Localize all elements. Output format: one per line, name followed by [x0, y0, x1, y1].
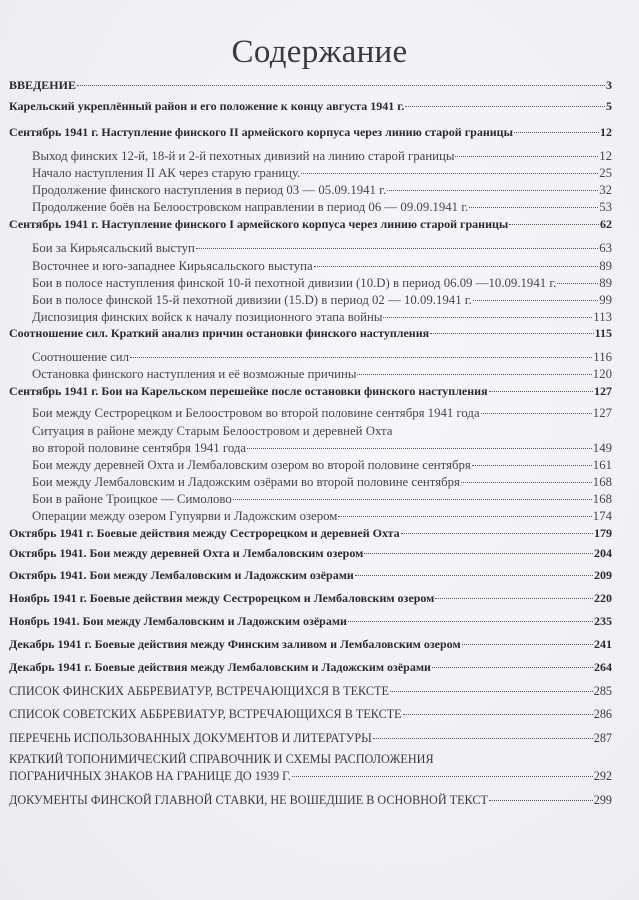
toc-entry[interactable]: Бои в полосе финской 15-й пехотной дивиз…	[32, 293, 612, 308]
toc-entry[interactable]: Начало наступления II АК через старую гр…	[32, 166, 612, 181]
dot-leader	[557, 283, 598, 284]
toc-entry-label: Октябрь 1941. Бои между деревней Охта и …	[9, 546, 363, 561]
toc-page-number: 116	[593, 350, 612, 365]
toc-page-number: 115	[595, 326, 612, 341]
toc-page-number: 89	[599, 259, 612, 274]
toc-entry-label: Сентябрь 1941 г. Бои на Карельском переш…	[9, 384, 488, 399]
toc-entry-label: Бои в районе Троицкое — Симолово	[32, 492, 232, 507]
toc-page-number: 285	[594, 684, 612, 699]
toc-entry-label: СПИСОК СОВЕТСКИХ АББРЕВИАТУР, ВСТРЕЧАЮЩИ…	[9, 707, 402, 722]
toc-entry-label: Октябрь 1941 г. Боевые действия между Се…	[9, 526, 400, 541]
dot-leader	[462, 644, 593, 645]
toc-entry-label: Продолжение боёв на Белоостровском напра…	[32, 200, 468, 215]
toc-entry-label: Ноябрь 1941 г. Боевые действия между Сес…	[9, 591, 434, 606]
toc-page-number: 220	[594, 591, 612, 606]
toc-entry-label: Карельский укреплённый район и его полож…	[9, 99, 404, 114]
toc-page-number: 149	[593, 441, 612, 456]
dot-leader	[348, 621, 593, 622]
toc-entry-label: Декабрь 1941 г. Боевые действия между Фи…	[9, 637, 461, 652]
toc-entry[interactable]: Операции между озером Гупуярви и Ладожск…	[32, 509, 612, 524]
dot-leader	[357, 374, 591, 375]
dot-leader	[472, 465, 592, 466]
toc-entry-label: Операции между озером Гупуярви и Ладожск…	[32, 509, 337, 524]
toc-entry[interactable]: Декабрь 1941 г. Боевые действия между Ле…	[9, 660, 612, 675]
toc-entry[interactable]: Продолжение финского наступления в перио…	[32, 183, 612, 198]
dot-leader	[338, 516, 591, 517]
toc-page-number: 235	[594, 614, 612, 629]
toc-entry-label: ДОКУМЕНТЫ ФИНСКОЙ ГЛАВНОЙ СТАВКИ, НЕ ВОШ…	[9, 793, 488, 808]
dot-leader	[435, 598, 593, 599]
toc-page-number: 161	[593, 458, 612, 473]
dot-leader	[77, 85, 605, 86]
toc-entry-label-line1: КРАТКИЙ ТОПОНИМИЧЕСКИЙ СПРАВОЧНИК И СХЕМ…	[9, 752, 434, 767]
toc-entry[interactable]: Сентябрь 1941 г. Бои на Карельском переш…	[9, 384, 612, 399]
toc-page-number: 168	[593, 492, 612, 507]
dot-leader	[364, 553, 593, 554]
toc-entry-label: Декабрь 1941 г. Боевые действия между Ле…	[9, 660, 431, 675]
toc-entry-label: СПИСОК ФИНСКИХ АББРЕВИАТУР, ВСТРЕЧАЮЩИХС…	[9, 684, 389, 699]
toc-entry[interactable]: Бои между деревней Охта и Лембаловским о…	[32, 458, 612, 473]
toc-entry-label: Октябрь 1941. Бои между Лембаловским и Л…	[9, 568, 354, 583]
toc-entry[interactable]: Бои между Сестрорецком и Белоостровом во…	[32, 406, 612, 421]
toc-entry[interactable]: СПИСОК ФИНСКИХ АББРЕВИАТУР, ВСТРЕЧАЮЩИХС…	[9, 684, 612, 699]
toc-page-number: 286	[594, 707, 612, 722]
toc-entry[interactable]: Бои в полосе наступления финской 10-й пе…	[32, 276, 612, 291]
toc-entry-label: Ноябрь 1941. Бои между Лембаловским и Ла…	[9, 614, 347, 629]
toc-page-number: 174	[593, 509, 612, 524]
toc-page-number: 113	[593, 310, 612, 325]
toc-entry[interactable]: Ноябрь 1941 г. Боевые действия между Сес…	[9, 591, 612, 606]
toc-entry-label: Сентябрь 1941 г. Наступление финского I …	[9, 217, 508, 232]
dot-leader	[292, 776, 593, 777]
dot-leader	[473, 300, 598, 301]
toc-entry-label: Бои в полосе финской 15-й пехотной дивиз…	[32, 293, 472, 308]
dot-leader	[383, 317, 592, 318]
toc-entry-label: Продолжение финского наступления в перио…	[32, 183, 386, 198]
dot-leader	[247, 448, 592, 449]
toc-page-number: 241	[594, 637, 612, 652]
toc-entry[interactable]: Соотношение сил116	[32, 350, 612, 365]
toc-page-number: 25	[599, 166, 612, 181]
toc-entry[interactable]: Восточнее и юго-западнее Кирьясальского …	[32, 259, 612, 274]
dot-leader	[430, 333, 594, 334]
toc-entry[interactable]: ПОГРАНИЧНЫХ ЗНАКОВ НА ГРАНИЦЕ ДО 1939 Г.…	[9, 769, 612, 784]
dot-leader	[130, 357, 592, 358]
dot-leader	[489, 391, 593, 392]
toc-page-number: 5	[606, 99, 612, 114]
dot-leader	[196, 248, 598, 249]
dot-leader	[373, 738, 593, 739]
dot-leader	[469, 207, 598, 208]
toc-page-number: 12	[600, 125, 612, 140]
toc-entry[interactable]: СПИСОК СОВЕТСКИХ АББРЕВИАТУР, ВСТРЕЧАЮЩИ…	[9, 707, 612, 722]
toc-entry-label: Бои за Кирьясальский выступ	[32, 241, 195, 256]
dot-leader	[233, 499, 592, 500]
toc-page-number: 99	[599, 293, 612, 308]
toc-entry[interactable]: во второй половине сентября 1941 года149	[32, 441, 612, 456]
toc-page-number: 120	[593, 367, 612, 382]
toc-entry-label: Соотношение сил	[32, 350, 129, 365]
toc-entry[interactable]: ПЕРЕЧЕНЬ ИСПОЛЬЗОВАННЫХ ДОКУМЕНТОВ И ЛИТ…	[9, 731, 612, 746]
toc-entry-label: Бои в полосе наступления финской 10-й пе…	[32, 276, 556, 291]
document-page: Содержание ВВЕДЕНИЕ3Карельский укреплённ…	[0, 0, 639, 900]
dot-leader	[401, 533, 593, 534]
toc-entry-label: Остановка финского наступления и её возм…	[32, 367, 356, 382]
toc-entry[interactable]: ДОКУМЕНТЫ ФИНСКОЙ ГЛАВНОЙ СТАВКИ, НЕ ВОШ…	[9, 793, 612, 808]
toc-entry[interactable]: Продолжение боёв на Белоостровском напра…	[32, 200, 612, 215]
toc-page-number: 63	[599, 241, 612, 256]
toc-entry-label: Соотношение сил. Краткий анализ причин о…	[9, 326, 429, 341]
toc-page-number: 179	[594, 526, 612, 541]
toc-entry[interactable]: Сентябрь 1941 г. Наступление финского II…	[9, 125, 612, 140]
dot-leader	[489, 800, 593, 801]
dot-leader	[514, 132, 599, 133]
dot-leader	[355, 575, 593, 576]
toc-page-number: 287	[594, 731, 612, 746]
toc-page-number: 89	[599, 276, 612, 291]
toc-entry-label: Выход финских 12-й, 18-й и 2-й пехотных …	[32, 149, 454, 164]
toc-page-number: 204	[594, 546, 612, 561]
dot-leader	[509, 224, 599, 225]
dot-leader	[403, 714, 593, 715]
toc-entry[interactable]: Остановка финского наступления и её возм…	[32, 367, 612, 382]
toc-entry[interactable]: Бои за Кирьясальский выступ63	[32, 241, 612, 256]
dot-leader	[314, 266, 599, 267]
dot-leader	[301, 173, 598, 174]
dot-leader	[455, 156, 598, 157]
toc-entry-label: Начало наступления II АК через старую гр…	[32, 166, 300, 181]
toc-entry-label: ПОГРАНИЧНЫХ ЗНАКОВ НА ГРАНИЦЕ ДО 1939 Г.	[9, 769, 291, 784]
toc-entry[interactable]: Ноябрь 1941. Бои между Лембаловским и Ла…	[9, 614, 612, 629]
dot-leader	[461, 482, 592, 483]
toc-page-number: 12	[599, 149, 612, 164]
toc-entry-label: Сентябрь 1941 г. Наступление финского II…	[9, 125, 513, 140]
dot-leader	[387, 190, 598, 191]
toc-entry[interactable]: Карельский укреплённый район и его полож…	[9, 99, 612, 114]
toc-entry[interactable]: Октябрь 1941. Бои между деревней Охта и …	[9, 546, 612, 561]
toc-entry-label: Диспозиция финских войск к началу позици…	[32, 310, 382, 325]
toc-page-number: 264	[594, 660, 612, 675]
toc-entry[interactable]: Сентябрь 1941 г. Наступление финского I …	[9, 217, 612, 232]
dot-leader	[432, 667, 593, 668]
toc-page-number: 53	[599, 200, 612, 215]
toc-entry[interactable]: Октябрь 1941 г. Боевые действия между Се…	[9, 526, 612, 541]
toc-page-number: 32	[599, 183, 612, 198]
toc-entry-label: Восточнее и юго-западнее Кирьясальского …	[32, 259, 313, 274]
toc-entry[interactable]: ВВЕДЕНИЕ3	[9, 78, 612, 93]
toc-entry-label: Бои между деревней Охта и Лембаловским о…	[32, 458, 471, 473]
toc-entry[interactable]: Бои между Лембаловским и Ладожским озёра…	[32, 475, 612, 490]
toc-entry[interactable]: Выход финских 12-й, 18-й и 2-й пехотных …	[32, 149, 612, 164]
toc-page-number: 209	[594, 568, 612, 583]
toc-entry[interactable]: Соотношение сил. Краткий анализ причин о…	[9, 326, 612, 341]
toc-entry-label-line1: Ситуация в районе между Старым Белоостро…	[32, 424, 392, 439]
dot-leader	[481, 413, 592, 414]
toc-page-number: 62	[600, 217, 612, 232]
toc-page-number: 127	[593, 406, 612, 421]
toc-entry-label: Бои между Лембаловским и Ладожским озёра…	[32, 475, 460, 490]
toc-entry-label: во второй половине сентября 1941 года	[32, 441, 246, 456]
toc-page-number: 127	[594, 384, 612, 399]
page-title: Содержание	[0, 34, 639, 71]
dot-leader	[390, 691, 593, 692]
toc-entry-label: ВВЕДЕНИЕ	[9, 78, 76, 93]
toc-page-number: 292	[594, 769, 612, 784]
toc-entry-label: ПЕРЕЧЕНЬ ИСПОЛЬЗОВАННЫХ ДОКУМЕНТОВ И ЛИТ…	[9, 731, 372, 746]
toc-page-number: 168	[593, 475, 612, 490]
toc-entry[interactable]: Диспозиция финских войск к началу позици…	[32, 310, 612, 325]
toc-entry-label: Бои между Сестрорецком и Белоостровом во…	[32, 406, 480, 421]
toc-entry[interactable]: Декабрь 1941 г. Боевые действия между Фи…	[9, 637, 612, 652]
toc-entry[interactable]: Октябрь 1941. Бои между Лембаловским и Л…	[9, 568, 612, 583]
dot-leader	[405, 106, 605, 107]
toc-page-number: 299	[594, 793, 612, 808]
toc-page-number: 3	[606, 78, 612, 93]
toc-entry[interactable]: Бои в районе Троицкое — Симолово168	[32, 492, 612, 507]
